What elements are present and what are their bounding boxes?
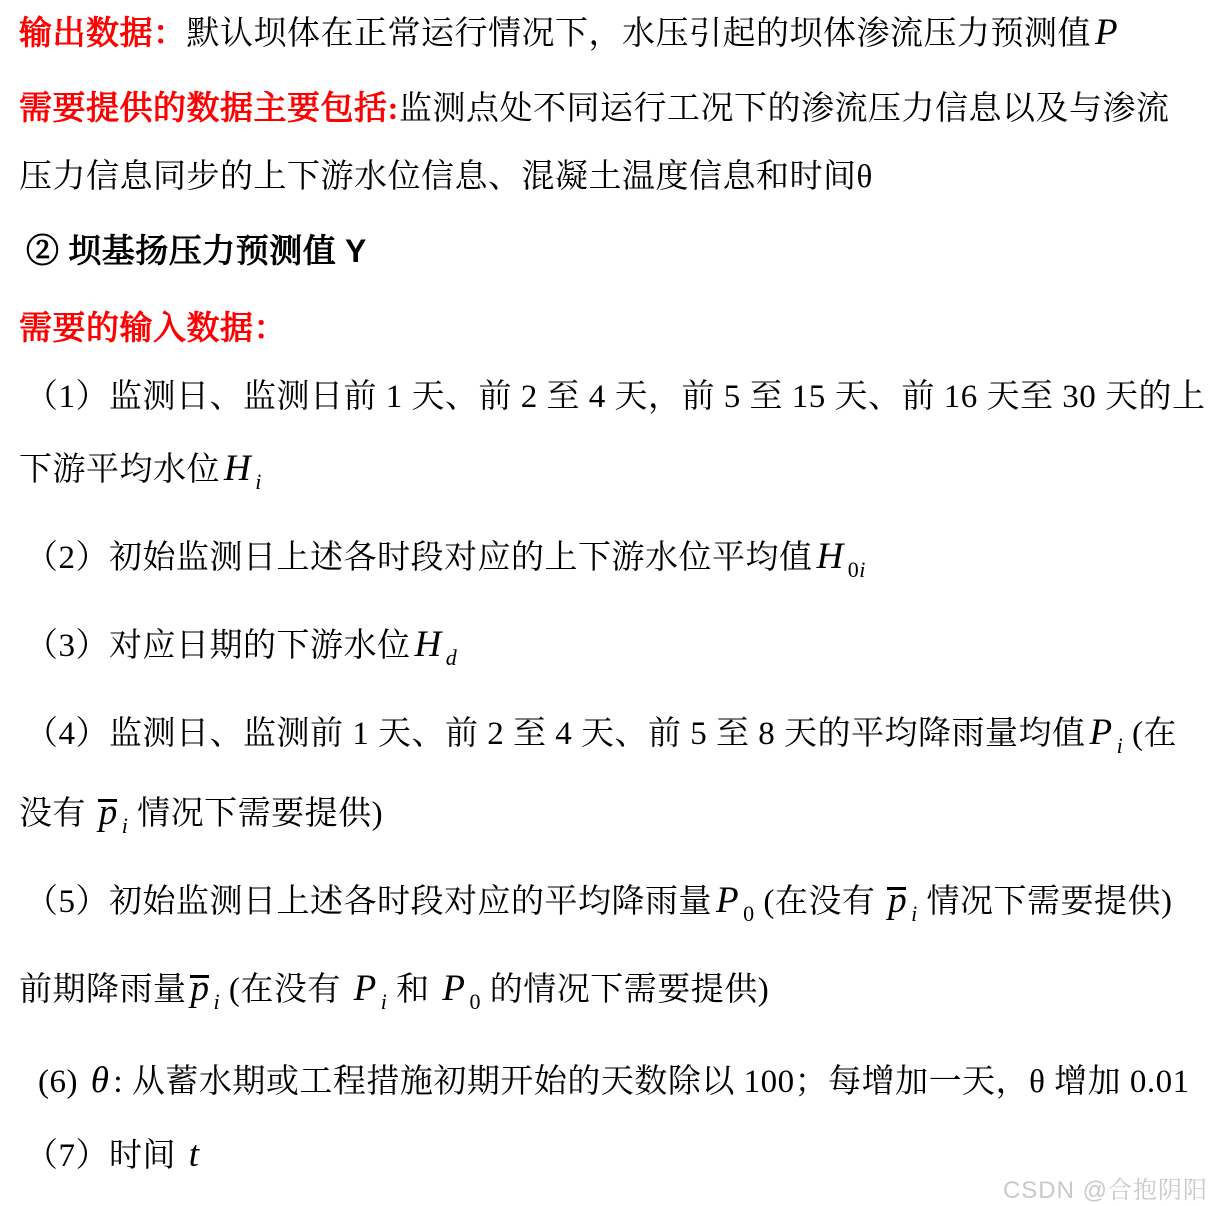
text-segment: (在没有 — [755, 884, 885, 920]
math-variable: θ — [87, 1060, 114, 1101]
text-segment: 和 — [387, 972, 438, 1008]
text-segment: 的情况下需要提供) — [481, 972, 769, 1008]
text-line-2: 需要提供的数据主要包括:监测点处不同运行工况下的渗流压力信息以及与渗流 — [19, 86, 1170, 132]
text-line-15: （7）时间 t — [25, 1132, 204, 1179]
text-line-14: (6) θ: 从蓄水期或工程措施初期开始的天数除以 100；每增加一天，θ 增加… — [38, 1058, 1190, 1105]
red-heading-text: 需要提供的数据主要包括: — [19, 91, 399, 127]
red-heading-text: 需要的输入数据： — [19, 311, 287, 347]
text-segment: （5）初始监测日上述各时段对应的平均降雨量 — [25, 884, 712, 920]
math-variable: P — [350, 968, 381, 1009]
math-subscript: i — [859, 557, 866, 582]
text-line-5: 需要的输入数据： — [19, 306, 287, 352]
text-segment: （3）对应日期的下游水位 — [25, 628, 411, 664]
math-variable: H — [220, 448, 255, 489]
math-variable: t — [185, 1134, 204, 1175]
text-segment: (6) — [38, 1064, 87, 1100]
math-variable: p — [884, 878, 911, 924]
math-variable: H — [411, 624, 446, 665]
text-segment: (在 — [1123, 716, 1177, 752]
text-segment: Y — [345, 233, 367, 269]
watermark: CSDN @合抱阴阳 — [1003, 1170, 1208, 1205]
text-segment: 没有 — [19, 796, 95, 832]
text-segment: 前期降雨量 — [19, 972, 187, 1008]
text-line-1: 输出数据：默认坝体在正常运行情况下，水压引起的坝体渗流压力预测值P — [19, 10, 1122, 57]
text-segment: （2）初始监测日上述各时段对应的上下游水位平均值 — [25, 540, 813, 576]
math-variable: P — [438, 968, 469, 1009]
math-variable: H — [813, 536, 848, 577]
text-segment: : 从蓄水期或工程措施初期开始的天数除以 100；每增加一天，θ 增加 0.01 — [113, 1064, 1189, 1100]
text-segment: (在没有 — [220, 972, 350, 1008]
text-line-6: （1）监测日、监测日前 1 天、前 2 至 4 天，前 5 至 15 天、前 1… — [25, 374, 1206, 420]
text-line-8: （2）初始监测日上述各时段对应的上下游水位平均值H0i — [25, 534, 866, 593]
math-subscript: 0 — [848, 557, 860, 582]
text-line-12: （5）初始监测日上述各时段对应的平均降雨量P0 (在没有 pi 情况下需要提供) — [25, 878, 1172, 937]
math-subscript: i — [255, 469, 262, 494]
math-variable: p — [187, 966, 214, 1012]
text-segment: 情况下需要提供) — [918, 884, 1173, 920]
text-line-7: 下游平均水位Hi — [19, 446, 262, 505]
text-segment: （1）监测日、监测日前 1 天、前 2 至 4 天，前 5 至 15 天、前 1… — [25, 379, 1206, 415]
text-segment: （7）时间 — [25, 1138, 185, 1174]
text-line-4: ② 坝基扬压力预测值 Y — [26, 228, 367, 275]
text-segment: 下游平均水位 — [19, 452, 220, 488]
text-line-13: 前期降雨量pi (在没有 Pi 和 P0 的情况下需要提供) — [19, 966, 769, 1025]
math-subscript: i — [911, 901, 918, 926]
text-segment: 监测点处不同运行工况下的渗流压力信息以及与渗流 — [399, 91, 1170, 127]
math-variable: P — [1091, 12, 1122, 53]
text-segment: ② 坝基扬压力预测值 — [26, 234, 345, 270]
red-heading-text: 输出数据： — [19, 16, 187, 52]
math-variable: P — [712, 880, 743, 921]
text-segment: 压力信息同步的上下游水位信息、混凝土温度信息和时间θ — [19, 159, 873, 195]
text-segment: （4）监测日、监测前 1 天、前 2 至 4 天、前 5 至 8 天的平均降雨量… — [25, 716, 1086, 752]
math-subscript: 0 — [469, 989, 481, 1014]
text-line-9: （3）对应日期的下游水位Hd — [25, 622, 457, 681]
document-page: 输出数据：默认坝体在正常运行情况下，水压引起的坝体渗流压力预测值P需要提供的数据… — [0, 0, 1216, 1206]
text-segment: 情况下需要提供) — [128, 796, 383, 832]
text-line-11: 没有 pi 情况下需要提供) — [19, 790, 383, 849]
math-subscript: 0 — [743, 901, 755, 926]
math-variable: P — [1086, 712, 1117, 753]
math-subscript: d — [446, 645, 458, 670]
math-variable: p — [95, 790, 122, 836]
text-line-3: 压力信息同步的上下游水位信息、混凝土温度信息和时间θ — [19, 154, 873, 200]
text-line-10: （4）监测日、监测前 1 天、前 2 至 4 天、前 5 至 8 天的平均降雨量… — [25, 710, 1177, 769]
text-segment: 默认坝体在正常运行情况下，水压引起的坝体渗流压力预测值 — [187, 16, 1092, 52]
